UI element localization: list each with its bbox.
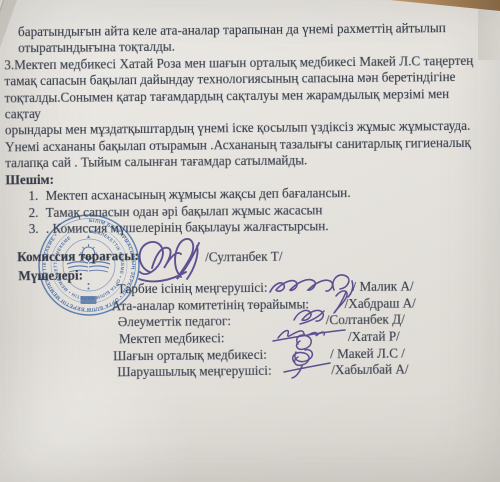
members-label: Мүшелері: bbox=[18, 268, 83, 285]
member-role: Мектеп медбикесі: bbox=[119, 330, 225, 347]
member-role: Шаруашылық меңгерушісі: bbox=[117, 363, 272, 380]
chairman-label: Комиссия төрағасы: bbox=[17, 248, 139, 265]
document-content: баратындығын айта келе ата-аналар тарапы… bbox=[0, 0, 500, 482]
member-name: / Макей Л.С / bbox=[330, 346, 405, 363]
member-name: /Хабдраш А/ bbox=[345, 295, 416, 312]
member-role: Тәрбие ісінің меңгерушісі: bbox=[117, 280, 267, 297]
document-body: баратындығын айта келе ата-аналар тарапы… bbox=[4, 20, 488, 239]
member-name: /Солтанбек Д/ bbox=[326, 312, 405, 329]
member-name: /Хабылбай А/ bbox=[331, 361, 408, 378]
member-name: /Хатай Р/ bbox=[348, 329, 400, 345]
member-role: Әлеуметтік педагог: bbox=[118, 313, 231, 330]
chairman-name: /Султанбек Т/ bbox=[205, 249, 283, 266]
member-name: / Малик А/ bbox=[352, 278, 413, 295]
document-photo: БІЛІМ БАСҚАРМАСЫНЫҢ ЗЕРЕНДІ • ОРТА БІЛІМ… bbox=[0, 0, 500, 482]
decision-item: . Комиссия мүшелерінің бақылауы жалғасты… bbox=[42, 217, 488, 238]
member-role: Ата-аналар комитетінің төрайымы: bbox=[112, 296, 310, 314]
member-role: Шағын орталық медбикесі: bbox=[113, 347, 267, 364]
decision-list: Мектеп асханасының жұмысы жақсы деп баға… bbox=[5, 184, 487, 239]
body-line: тоқталды.Сонымен қатар тағамдардың сақта… bbox=[5, 85, 487, 122]
